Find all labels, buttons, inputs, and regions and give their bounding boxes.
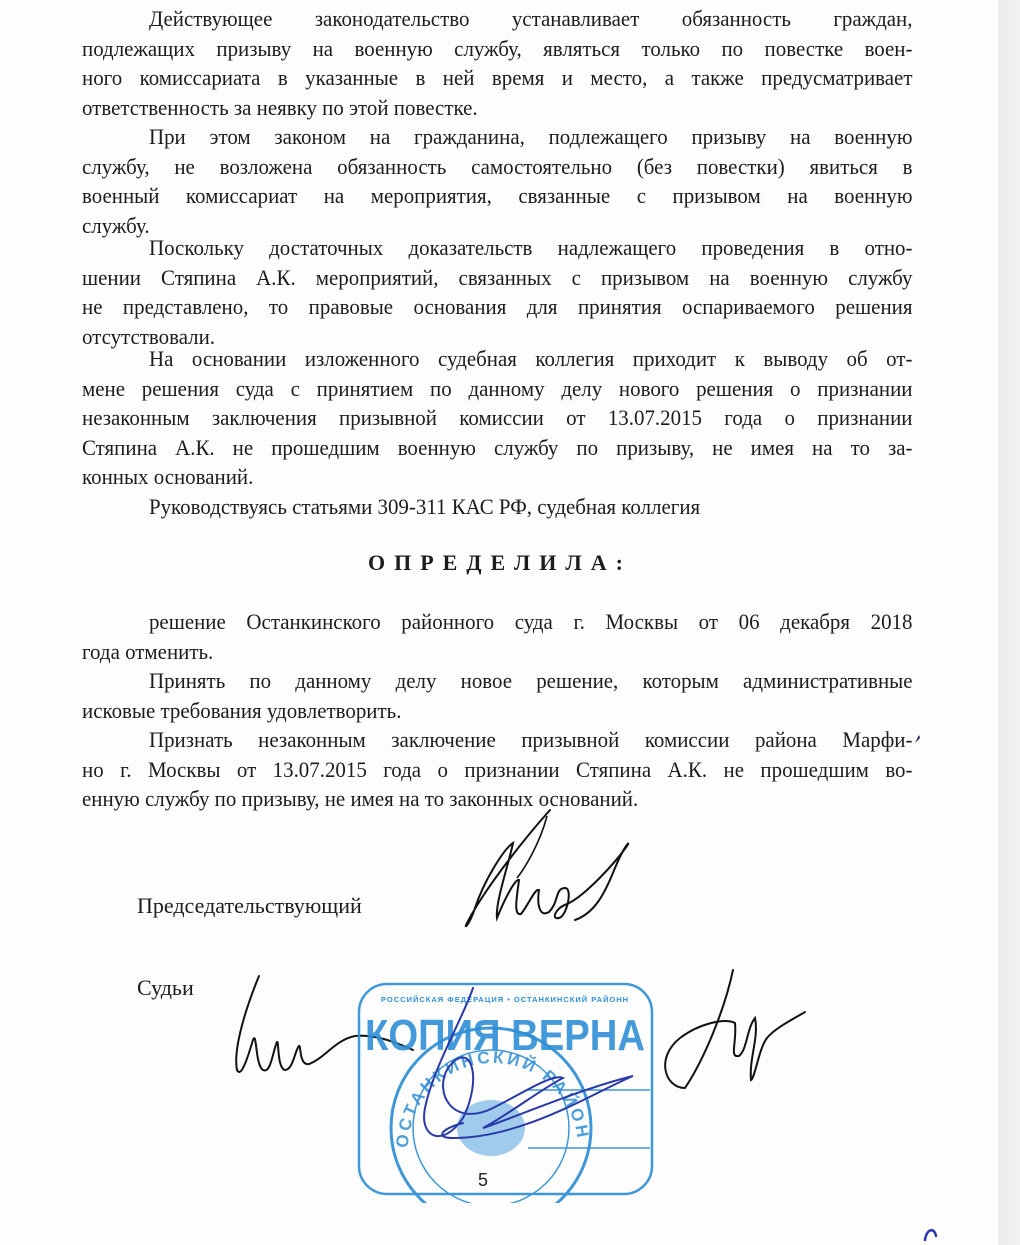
pen-dot-mark [912,732,924,746]
text-line: Поскольку достаточных доказательств надл… [82,233,912,263]
text-line: решение Останкинского районного суда г. … [82,607,912,637]
text-line: мене решения суда с принятием по данному… [82,374,912,404]
judges-label: Судьи [137,975,194,1001]
paragraph-conclusion: На основании изложенного судебная коллег… [82,344,912,492]
judge-signature-right-icon [655,968,815,1093]
text-line: Стяпина А.К. не прошедшим военную службу… [82,433,912,463]
text-line: Признать незаконным заключение призывной… [82,725,912,755]
text-line: Действующее законодательство устанавлива… [82,4,912,34]
certified-copy-stamp: РОССИЙСКАЯ ФЕДЕРАЦИЯ • ОСТАНКИНСКИЙ РАЙО… [353,978,658,1203]
pen-stroke-mark [922,1222,942,1242]
text-line: незаконным заключения призывной комиссии… [82,403,912,433]
svg-text:РОССИЙСКАЯ ФЕДЕРАЦИЯ • ОСТАНКИ: РОССИЙСКАЯ ФЕДЕРАЦИЯ • ОСТАНКИНСКИЙ РАЙО… [353,978,629,1004]
stamp-border-text: РОССИЙСКАЯ ФЕДЕРАЦИЯ • ОСТАНКИНСКИЙ РАЙО… [353,978,629,1004]
ruling-item-cancel-decision: решение Останкинского районного суда г. … [82,607,912,666]
ruling-item-declare-unlawful: Признать незаконным заключение призывной… [82,725,912,814]
text-line: года отменить. [82,637,912,667]
ruling-heading: ОПРЕДЕЛИЛА: [0,550,1000,576]
text-line: военный комиссариат на мероприятия, связ… [82,181,912,211]
paragraph-duty-of-conscripts: Действующее законодательство устанавлива… [82,4,912,122]
text-line: ного комиссариата в указанные в ней врем… [82,63,912,93]
page-number: 5 [478,1170,488,1191]
text-line: Принять по данному делу новое решение, к… [82,666,912,696]
text-line: подлежащих призыву на военную службу, яв… [82,34,912,64]
text-line: шении Стяпина А.К. мероприятий, связанны… [82,263,912,293]
text-line: но г. Москвы от 13.07.2015 года о призна… [82,755,912,785]
text-line: ответственность за неявку по этой повест… [82,93,912,123]
presiding-judge-label: Председательствующий [137,893,362,919]
presiding-judge-signature-icon [455,808,635,933]
page-edge-shadow [998,0,1020,1245]
text-line: Руководствуясь статьями 309-311 КАС РФ, … [82,492,912,522]
paragraph-legal-basis: Руководствуясь статьями 309-311 КАС РФ, … [82,492,912,522]
paragraph-insufficient-evidence: Поскольку достаточных доказательств надл… [82,233,912,351]
document-page: Действующее законодательство устанавлива… [0,0,1000,1245]
text-line: конных оснований. [82,462,912,492]
paragraph-no-obligation: При этом законом на гражданина, подлежащ… [82,122,912,240]
text-line: На основании изложенного судебная коллег… [82,344,912,374]
text-line: службу, не возложена обязанность самосто… [82,152,912,182]
text-line: не представлено, то правовые основания д… [82,292,912,322]
ruling-item-new-decision: Принять по данному делу новое решение, к… [82,666,912,725]
text-line: исковые требования удовлетворить. [82,696,912,726]
text-line: При этом законом на гражданина, подлежащ… [82,122,912,152]
